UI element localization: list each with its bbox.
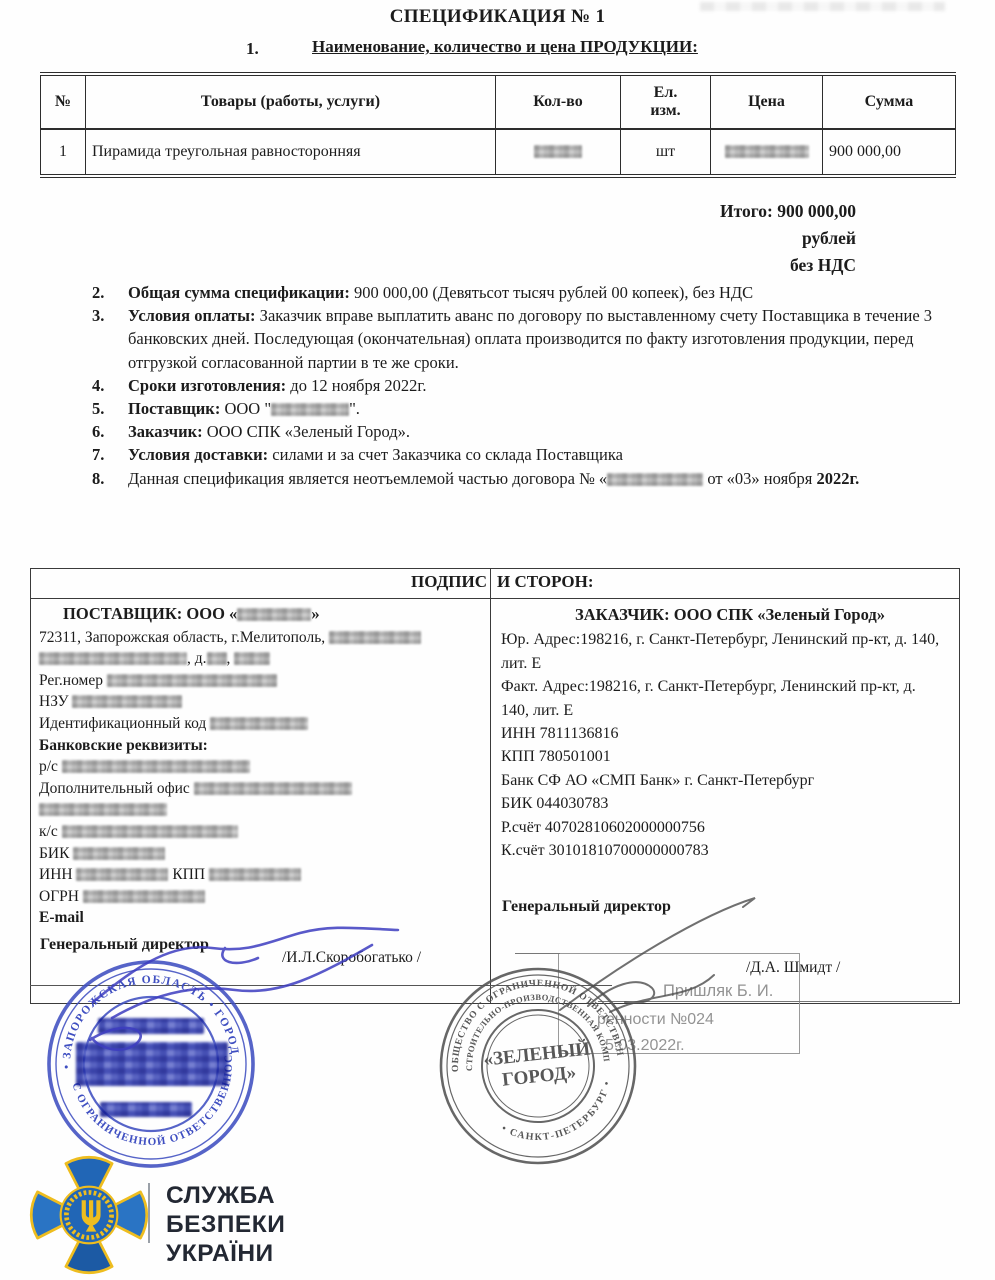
col-price: Цена (711, 74, 823, 129)
cell-number: 1 (41, 129, 86, 176)
supplier-signature-line (30, 985, 612, 986)
supplier-heading: ПОСТАВЩИК: ООО «» (39, 603, 487, 625)
cell-sum: 900 000,00 (823, 129, 956, 176)
supplier-sign-name: /И.Л.Скоробогатько / (282, 949, 421, 967)
annotation-name: Пришляк Б. И. (663, 982, 773, 1001)
totals-block: Итого: 900 000,00 рублей без НДС (600, 198, 856, 279)
stamp-redacted-line (100, 1102, 192, 1117)
col-quantity: Кол-во (496, 74, 621, 129)
customer-heading: ЗАКАЗЧИК: ООО СПК «Зеленый Город» (501, 603, 959, 626)
stamp-redacted-block (76, 1042, 228, 1086)
col-number: № (41, 74, 86, 129)
cell-goods: Пирамида треугольная равносторонняя (86, 129, 496, 176)
page-title: СПЕЦИФИКАЦИЯ № 1 (0, 6, 995, 28)
total-amount: Итого: 900 000,00 (600, 198, 856, 225)
list-item: 4. Сроки изготовления: до 12 ноября 2022… (92, 374, 948, 397)
col-sum: Сумма (823, 74, 956, 129)
annotation-poa: ренности №024 (597, 1011, 714, 1029)
list-item: 2. Общая сумма спецификации: 900 000,00 … (92, 281, 948, 304)
annotation-top-line (515, 953, 560, 954)
table-row: 1 Пирамида треугольная равносторонняя шт… (41, 129, 956, 176)
signatures-header: ПОДПИС И СТОРОН: (31, 569, 959, 599)
list-item: 3. Условия оплаты: Заказчик вправе выпла… (92, 304, 948, 374)
cell-unit: шт (621, 129, 711, 176)
list-item: 5. Поставщик: ООО "". (92, 397, 948, 420)
sbu-cross-icon (31, 1157, 147, 1273)
svg-text:• САНКТ-ПЕТЕРБУРГ •: • САНКТ-ПЕТЕРБУРГ • (495, 1078, 619, 1147)
total-currency: рублей (600, 225, 856, 252)
column-divider (490, 569, 491, 1003)
customer-director-label: Генеральный директор (502, 898, 671, 916)
redacted-contract-number (607, 473, 703, 486)
trident-icon (82, 1200, 101, 1231)
cell-quantity-redacted (496, 129, 621, 176)
redacted-supplier-name (271, 403, 349, 416)
table-header-row: № Товары (работы, услуги) Кол-во Ел.изм.… (41, 74, 956, 129)
signatures-header-right: И СТОРОН: (497, 572, 593, 592)
signature-line (598, 1001, 952, 1002)
stamp-redacted-line (98, 1018, 204, 1034)
terms-list: 2. Общая сумма спецификации: 900 000,00 … (92, 281, 948, 490)
document-scan: СПЕЦИФИКАЦИЯ № 1 1. Наименование, количе… (0, 0, 995, 1280)
section1-heading: Наименование, количество и цена ПРОДУКЦИ… (312, 37, 698, 57)
signatures-header-left: ПОДПИС (411, 572, 487, 592)
supplier-director-label: Генеральный директор (40, 936, 209, 954)
section1-number: 1. (246, 39, 259, 59)
col-unit: Ел.изм. (621, 74, 711, 129)
total-vat-note: без НДС (600, 252, 856, 279)
sbu-divider (148, 1183, 150, 1243)
supplier-column: ПОСТАВЩИК: ООО «» 72311, Запорожская обл… (31, 599, 487, 929)
list-item: 7. Условия доставки: силами и за счет За… (92, 443, 948, 466)
sbu-emblem (26, 1152, 152, 1278)
list-item: 8. Данная спецификация является неотъемл… (92, 467, 948, 490)
col-goods: Товары (работы, услуги) (86, 74, 496, 129)
sbu-wordmark: СЛУЖБА БЕЗПЕКИ УКРАЇНИ (166, 1181, 285, 1268)
cell-price-redacted (711, 129, 823, 176)
list-item: 6. Заказчик: ООО СПК «Зеленый Город». (92, 420, 948, 443)
annotation-date: 5.03.2022г. (605, 1037, 685, 1055)
customer-column: ЗАКАЗЧИК: ООО СПК «Зеленый Город» Юр. Ад… (493, 599, 959, 862)
products-table: № Товары (работы, услуги) Кол-во Ел.изм.… (40, 72, 956, 178)
svg-text:ГОРОД»: ГОРОД» (501, 1062, 577, 1091)
